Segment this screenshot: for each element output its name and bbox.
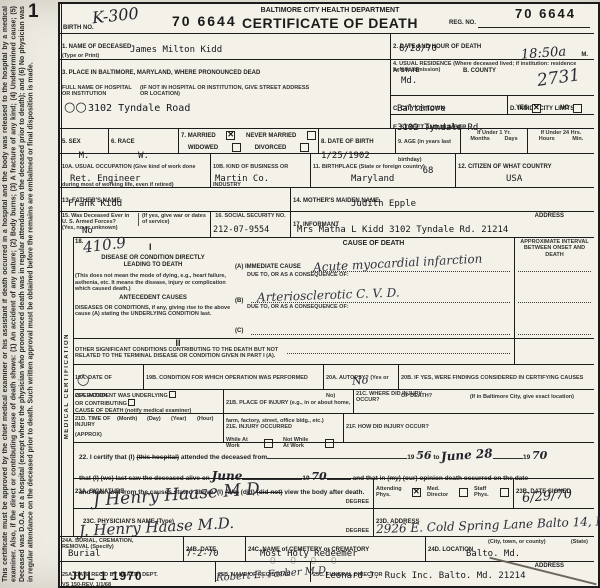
other-conditions-line-area xyxy=(283,339,514,364)
disease-condition-line2: LEADING TO DEATH xyxy=(75,262,231,269)
burial-date-value: 7-2-70 xyxy=(186,549,219,559)
cause-c-line xyxy=(251,334,510,335)
physician-signature: J Henry Haase M D xyxy=(93,479,261,511)
field-burial-location: 24D. LOCATION (City, town, or county) (S… xyxy=(425,537,594,561)
injury-occurred-label: 21E. INJURY OCCURRED xyxy=(226,424,292,430)
field-citizen: 12. CITIZEN OF WHAT COUNTRY USA xyxy=(455,154,594,187)
margin-approval-note: This certificate must be approved by the… xyxy=(2,6,56,582)
certify-y1: 19 xyxy=(407,454,414,461)
marital-number: 7. xyxy=(181,133,186,139)
city-value: Baltimore xyxy=(397,104,446,114)
certify-strike-this-hospital: (this hospital) xyxy=(136,454,179,461)
row-accident: 21A. ACCIDENT WAS UNDERLYING OR CONTRIBU… xyxy=(73,389,594,413)
row-physician-name-address: 23C. PHYSICIAN'S NAME (Type) J. Henry Ha… xyxy=(73,508,594,536)
cause-b-label: (B) xyxy=(235,298,243,305)
race-label: 6. RACE xyxy=(111,139,135,145)
field-sex: 5. SEX M. xyxy=(60,129,108,153)
certify-y2: 19 xyxy=(523,454,530,461)
certify-line1: 22. I certify that (I) (this hospital) a… xyxy=(79,445,588,466)
divorced-checkbox xyxy=(300,143,309,152)
widowed-checkbox xyxy=(232,143,241,152)
file-code-handwritten: K-300 xyxy=(91,4,139,28)
field-age: 9. AGE (in years last birthday) 68 xyxy=(395,129,460,153)
citizen-label: 12. CITIZEN OF WHAT COUNTRY xyxy=(458,164,552,170)
informant-value: Mrs Matha L Kidd 3102 Tyndale Rd. 21214 xyxy=(297,225,508,235)
field-armed-forces: 15. Was Deceased Ever in U. S. Armed For… xyxy=(60,212,210,237)
certify-t3: to xyxy=(433,454,439,461)
death-date-value: 6/28/70 xyxy=(399,44,437,54)
cause-left-column: 18. 410.9 I DISEASE OR CONDITION DIRECTL… xyxy=(73,238,233,338)
year-col-label: (Year) xyxy=(171,416,186,422)
antecedent-causes-label: ANTECEDENT CAUSES xyxy=(75,295,231,302)
street-address-sublabel: (IF NOT IN HOSPITAL OR INSTITUTION, GIVE… xyxy=(140,85,310,98)
row-operation-autopsy: 19A. DATE OF OPERATION ◯ 19B. CONDITION … xyxy=(73,364,594,389)
field-accident-cause: 21A. ACCIDENT WAS UNDERLYING OR CONTRIBU… xyxy=(73,390,223,413)
place-value: 3102 Tyndale Road xyxy=(88,103,190,114)
contributing-checkbox xyxy=(128,399,135,406)
months-label: Months xyxy=(470,136,490,142)
hours-label: Hours xyxy=(539,136,555,142)
place-scribble-circles: ○○ xyxy=(64,100,87,115)
location-state-sublabel: (State) xyxy=(571,539,588,545)
name-label: 1. NAME OF DECEASED xyxy=(62,44,131,50)
department-name: BALTIMORE CITY HEALTH DEPARTMENT xyxy=(220,7,440,14)
residence-state-county: 4. USUAL RESIDENCE (Where deceased lived… xyxy=(391,60,594,95)
where-injury-label: 21C. WHERE DID INJURY OCCUR? xyxy=(356,391,436,404)
field-burial-type: 24A. BURIAL, CREMATION, REMOVAL (Specify… xyxy=(60,537,183,561)
married-label: MARRIED xyxy=(188,133,216,139)
never-married-checkbox xyxy=(307,131,316,140)
county-label: B. COUNTY xyxy=(463,68,496,75)
row-occupation: 10A. USUAL OCCUPATION (Give kind of work… xyxy=(60,153,594,187)
accident-line2: OR CONTRIBUTING xyxy=(75,401,127,407)
never-married-label: NEVER MARRIED xyxy=(246,133,296,139)
injury-time-label: 21D. TIME OF INJURY xyxy=(75,416,111,429)
how-injury-label: 21F. HOW DID INJURY OCCUR? xyxy=(346,424,429,430)
field-signature: 23A. SIGNATURE J Henry Haase M D DEGREE xyxy=(73,479,373,508)
field-where-injury: 21C. WHERE DID INJURY OCCUR? (If in Balt… xyxy=(353,390,594,413)
staff-phys-label: Staff Phys. xyxy=(474,486,494,499)
due-to-a-label: DUE TO, OR AS A CONSEQUENCE OF: xyxy=(247,272,349,278)
field-physician-name: 23C. PHYSICIAN'S NAME (Type) J. Henry Ha… xyxy=(73,509,373,536)
field-place-of-injury: 21B. PLACE OF INJURY (e.g., in or about … xyxy=(223,390,353,413)
location-city-sublabel: (City, town, or county) xyxy=(488,539,546,545)
disease-note: (This does not mean the mode of dying, e… xyxy=(75,273,231,292)
armed-forces-value: No xyxy=(82,226,93,236)
disease-condition-line1: DISEASE OR CONDITION DIRECTLY xyxy=(75,255,231,262)
field-marital-status: 7. MARRIED ✕ NEVER MARRIED WIDOWED DIVOR… xyxy=(178,129,318,153)
cause-b-line xyxy=(251,302,510,303)
yes-label: YES xyxy=(516,105,528,112)
name-value: James Milton Kidd xyxy=(130,45,222,55)
burial-value: Burial xyxy=(68,549,101,559)
physician-degree-label: DEGREE xyxy=(346,528,369,534)
field-under-1yr: If Under 1 Yr. Months Days xyxy=(460,129,527,153)
field-ssn: 16. SOCIAL SECURITY NO. 212-07-9554 xyxy=(210,212,290,237)
reg-number-stamp: 70 6644 xyxy=(515,6,576,21)
birthplace-label: 11. BIRTHPLACE (State or foreign country… xyxy=(313,164,425,170)
accident-line1: 21A. ACCIDENT WAS UNDERLYING xyxy=(75,393,168,399)
certificate-form: BIRTH NO. K-300 70 6644 BALTIMORE CITY H… xyxy=(58,2,600,588)
field-industry: 10B. KIND OF BUSINESS OR INDUSTRY Martin… xyxy=(210,154,310,187)
widowed-label: WIDOWED xyxy=(188,145,218,151)
icd-code-handwritten: 410.9 xyxy=(82,233,127,256)
autopsy-value-handwritten: No xyxy=(351,373,368,387)
form-title: CERTIFICATE OF DEATH xyxy=(210,15,450,31)
med-director-label: Med. Director xyxy=(427,486,453,499)
field-physician-address: 23D. ADDRESS 2926 E. Cold Spring Lane Ba… xyxy=(373,509,594,536)
certify-hw-to-date: June 28 xyxy=(441,443,494,468)
birthplace-value: Maryland xyxy=(351,174,394,184)
staff-phys-checkbox xyxy=(500,488,509,497)
row-place-residence: 3. PLACE IN BALTIMORE, MARYLAND, WHERE P… xyxy=(60,59,594,128)
no-checkbox xyxy=(573,104,582,113)
interval-column: APPROXIMATE INTERVAL BETWEEN ONSET AND D… xyxy=(514,238,594,338)
field-name-of-deceased: 1. NAME OF DECEASED (Type or Print) Jame… xyxy=(60,34,390,59)
month-col-label: (Month) xyxy=(117,416,137,422)
operation-date-scribble: ◯ xyxy=(77,373,89,386)
industry-value: Martin Co. xyxy=(215,174,269,184)
field-findings-considered: 20B. IF YES, WERE FINDINGS CONSIDERED IN… xyxy=(398,365,594,389)
attending-phys-checkbox: ✕ xyxy=(412,488,421,497)
birth-no-label: BIRTH NO. xyxy=(63,25,94,32)
field-under-24hr: If Under 24 Hrs. Hours Min. xyxy=(527,129,594,153)
medical-certification-strip: MEDICAL CERTIFICATION xyxy=(60,237,74,536)
state-value: Md. xyxy=(401,76,417,86)
field-other-conditions: II OTHER SIGNIFICANT CONDITIONS CONTRIBU… xyxy=(73,339,283,364)
field-occupation: 10A. USUAL OCCUPATION (Give kind of work… xyxy=(60,154,210,187)
interval-label: APPROXIMATE INTERVAL BETWEEN ONSET AND D… xyxy=(517,239,592,258)
med-director-checkbox xyxy=(459,488,468,497)
field-race: 6. RACE W. xyxy=(108,129,178,153)
field-physician-type: Attending Phys. ✕ Med. Director Staff Ph… xyxy=(373,479,513,508)
married-checkmark: ✕ xyxy=(227,131,234,139)
days-label: Days xyxy=(505,136,518,142)
armed-forces-label: 15. Was Deceased Ever in U. S. Armed For… xyxy=(62,213,134,226)
certify-hw-from-year: 56 xyxy=(416,449,431,462)
field-burial-date: 24B. DATE 7-2-70 xyxy=(183,537,245,561)
row-name-date: 1. NAME OF DECEASED (Type or Print) Jame… xyxy=(60,33,594,59)
row-demographics: 5. SEX M. 6. RACE W. 7. MARRIED ✕ NEVER … xyxy=(60,128,594,153)
min-label: Min. xyxy=(572,136,583,142)
other-conditions-interval xyxy=(514,339,594,364)
antecedent-note: DISEASES OR CONDITIONS, if any, giving r… xyxy=(75,305,231,318)
due-to-b-label: DUE TO, OR AS A CONSEQUENCE OF: xyxy=(247,304,349,310)
cause-lines-column: CAUSE OF DEATH (A) IMMEDIATE CAUSE Acute… xyxy=(233,238,514,338)
attending-phys-label: Attending Phys. xyxy=(376,486,406,499)
field-place-pronounced-dead: 3. PLACE IN BALTIMORE, MARYLAND, WHERE P… xyxy=(60,60,390,128)
interval-line-a xyxy=(518,271,591,272)
father-value: Frank Kidd xyxy=(68,199,122,209)
attending-checkmark: ✕ xyxy=(413,488,420,496)
yes-checkmark: ✕ xyxy=(533,104,540,112)
field-autopsy: 20A. AUTOPSY? (Yes or No) No xyxy=(323,365,398,389)
reg-no-label: REG. NO. xyxy=(449,20,476,27)
ssn-value: 212-07-9554 xyxy=(213,225,269,235)
interval-line-c xyxy=(518,334,591,335)
armed-forces-sublabel2: (If yes, give war or dates of service) xyxy=(138,213,208,226)
informant-address-label: ADDRESS xyxy=(535,213,564,220)
field-usual-residence: 4. USUAL RESIDENCE (Where deceased lived… xyxy=(390,60,594,128)
married-checkbox: ✕ xyxy=(226,131,235,140)
cause-c-label: (C) xyxy=(235,328,243,335)
operation-condition-label: 19B. CONDITION FOR WHICH OPERATION WAS P… xyxy=(146,375,308,381)
day-col-label: (Day) xyxy=(147,416,161,422)
yes-checkbox: ✕ xyxy=(532,104,541,113)
field-how-injury: 21F. HOW DID INJURY OCCUR? xyxy=(343,414,594,442)
field-date-received: 25A. DATE REC'D BY HEALTH DEPT. JUL 1 19… xyxy=(60,562,215,582)
certify-hw-to-year: 70 xyxy=(532,449,547,462)
row-certify-statement: 22. I certify that (I) (this hospital) a… xyxy=(73,442,594,478)
form-revision-code: VS 150-REV. 1/1/68 xyxy=(62,582,111,588)
stamp-artifact-zeros: 0 0 0 0 xyxy=(270,556,343,567)
field-date-of-operation: 19A. DATE OF OPERATION ◯ xyxy=(73,365,143,389)
hospital-name-sublabel: FULL NAME OF HOSPITAL OR INSTITUTION xyxy=(62,85,132,98)
field-date-of-birth: 8. DATE OF BIRTH 1/25/1902 xyxy=(318,129,395,153)
hour-col-label: (Hour) xyxy=(197,416,214,422)
part-i-numeral: I xyxy=(149,242,152,252)
interval-line-b xyxy=(518,302,591,303)
field-birthplace: 11. BIRTHPLACE (State or foreign country… xyxy=(310,154,455,187)
field-father-name: 13. FATHER'S NAME Frank Kidd xyxy=(60,188,290,211)
field-date-signed: 23B. DATE SIGNED 6/29/70 xyxy=(513,479,594,508)
field-injury-occurred: 21E. INJURY OCCURRED While At Work Not W… xyxy=(223,414,343,442)
medical-certification-label: MEDICAL CERTIFICATION xyxy=(64,333,70,439)
sex-label: 5. SEX xyxy=(62,139,81,145)
other-conditions-label: OTHER SIGNIFICANT CONDITIONS CONTRIBUTIN… xyxy=(75,347,281,360)
reg-no-line xyxy=(478,27,590,28)
field-operation-condition: 19B. CONDITION FOR WHICH OPERATION WAS P… xyxy=(143,365,323,389)
date-received-stamp: JUL 1 1970 xyxy=(70,569,143,583)
residence-city-limits: C. CITY OR TOWN Baltimore D. INSIDE CITY… xyxy=(391,95,594,114)
funeral-director-value: Leonard J. Ruck Inc. Balto. Md. 21214 xyxy=(325,571,525,581)
form-header: BIRTH NO. K-300 70 6644 BALTIMORE CITY H… xyxy=(60,4,594,33)
signature-degree-label: DEGREE xyxy=(346,499,369,505)
cause-of-death-header: CAUSE OF DEATH xyxy=(233,240,514,248)
place-label: 3. PLACE IN BALTIMORE, MARYLAND, WHERE P… xyxy=(62,70,260,76)
death-certificate-scan: 1 This certificate must be approved by t… xyxy=(0,0,600,588)
field-mother-name: 14. MOTHER'S MAIDEN NAME Judith Epple xyxy=(290,188,594,211)
row-other-conditions: II OTHER SIGNIFICANT CONDITIONS CONTRIBU… xyxy=(73,338,594,364)
row-parents: 13. FATHER'S NAME Frank Kidd 14. MOTHER'… xyxy=(60,187,594,211)
occupation-value: Ret. Engineer xyxy=(70,174,140,184)
row-cause-of-death: 18. 410.9 I DISEASE OR CONDITION DIRECTL… xyxy=(73,237,594,338)
certify-t1: 22. I certify that (I) xyxy=(79,454,135,461)
injury-time-approx: (APPROX) xyxy=(75,432,102,438)
mother-value: Judith Epple xyxy=(351,199,416,209)
divorced-label: DIVORCED xyxy=(255,145,287,151)
no-label: NO xyxy=(560,105,569,112)
dob-label: 8. DATE OF BIRTH xyxy=(321,139,374,145)
where-injury-note: (If in Baltimore City, give exact locati… xyxy=(470,394,574,400)
row-signature: 23A. SIGNATURE J Henry Haase M D DEGREE … xyxy=(73,478,594,508)
citizen-value: USA xyxy=(506,174,522,184)
certify-t2: attended the deceased from xyxy=(181,454,267,461)
field-informant: 17. INFORMANT ADDRESS Mrs Matha L Kidd 3… xyxy=(290,212,594,237)
date-signed-handwritten: 6/29/70 xyxy=(521,487,572,506)
field-date-hour-of-death: 2. DATE AND HOUR OF DEATH 6/28/70 18:50a… xyxy=(390,34,594,59)
row-service-ssn-informant: 15. Was Deceased Ever in U. S. Armed For… xyxy=(60,211,594,237)
field-time-of-injury: 21D. TIME OF INJURY (APPROX) (Month) (Da… xyxy=(73,414,223,442)
ssn-label: 16. SOCIAL SECURITY NO. xyxy=(213,213,288,219)
other-conditions-line xyxy=(287,353,510,354)
physician-address-handwritten: 2926 E. Cold Spring Lane Balto 14, Md xyxy=(376,514,600,536)
immediate-cause-label: (A) IMMEDIATE CAUSE xyxy=(235,264,301,271)
underlying-checkbox xyxy=(169,391,176,398)
row-injury-time: 21D. TIME OF INJURY (APPROX) (Month) (Da… xyxy=(73,413,594,442)
part-ii-numeral: II xyxy=(75,340,281,347)
state-label: A. STATE xyxy=(393,68,419,75)
